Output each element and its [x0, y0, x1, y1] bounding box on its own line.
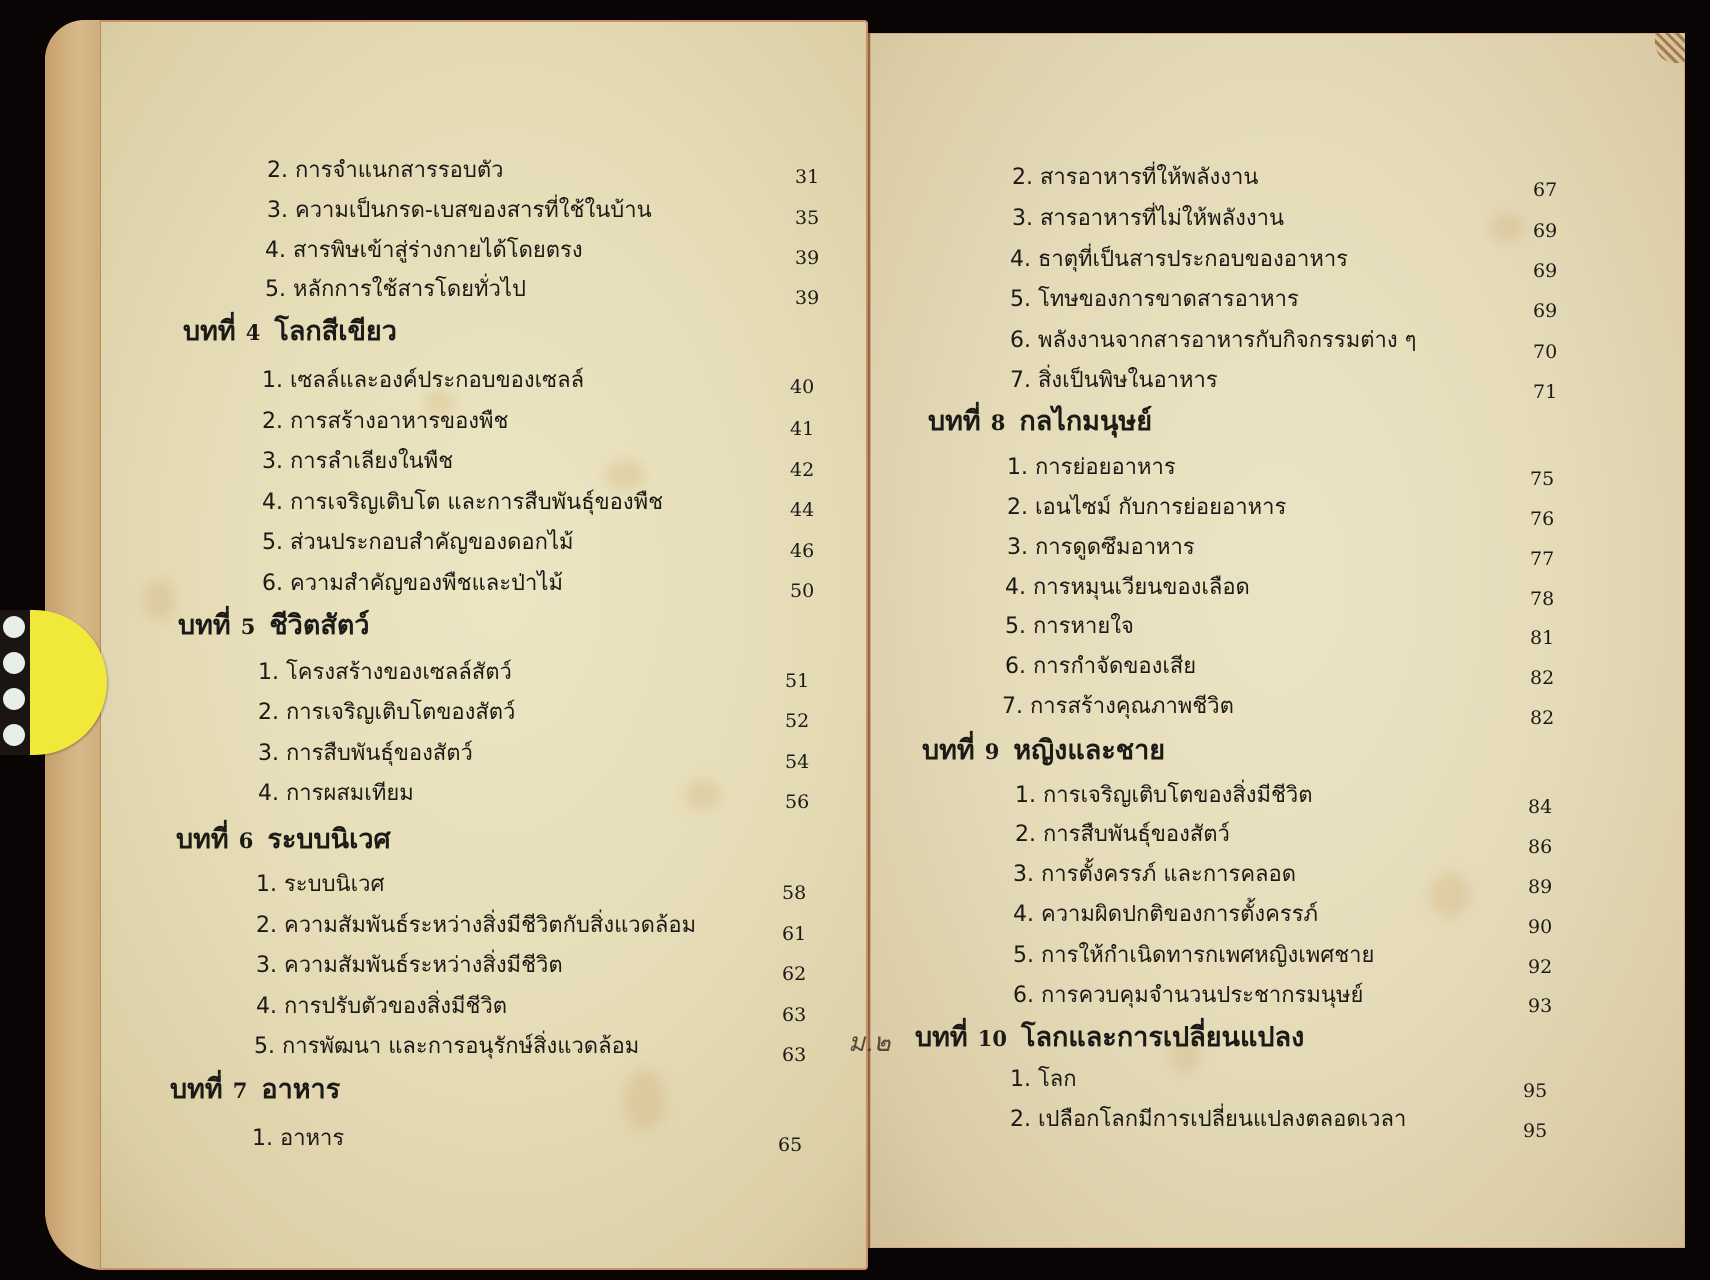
- toc-item: 4. การหมุนเวียนของเลือด: [1005, 577, 1250, 599]
- chapter-number: 7: [233, 1078, 248, 1103]
- toc-item: 3. การสืบพันธุ์ของสัตว์: [258, 743, 473, 765]
- toc-item: 2. การจำแนกสารรอบตัว: [267, 160, 504, 182]
- chapter-number: 6: [239, 828, 254, 853]
- tab-hole-strip: [0, 610, 30, 755]
- toc-item: 3. การลำเลียงในพืช: [262, 451, 453, 473]
- hole-icon: [3, 616, 25, 638]
- paper-stain: [685, 780, 720, 810]
- chapter-number: 10: [978, 1026, 1007, 1051]
- page-number: 90: [1528, 918, 1552, 937]
- page-number: 50: [790, 582, 814, 601]
- page-number: 86: [1528, 838, 1552, 857]
- page-number: 78: [1530, 590, 1554, 609]
- page-number: 42: [790, 461, 814, 480]
- chapter-heading-8: บทที่8กลไกมนุษย์: [928, 408, 1152, 435]
- chapter-prefix: บทที่: [183, 316, 236, 347]
- paper-stain: [1490, 213, 1525, 243]
- toc-item: 3. สารอาหารที่ไม่ให้พลังงาน: [1012, 208, 1284, 230]
- toc-item: 5. หลักการใช้สารโดยทั่วไป: [265, 279, 526, 301]
- page-number: 70: [1533, 343, 1557, 362]
- chapter-prefix: บทที่: [928, 406, 981, 437]
- page-number: 31: [795, 168, 819, 187]
- page-number: 89: [1528, 878, 1552, 897]
- page-number: 77: [1530, 550, 1554, 569]
- toc-item: 5. โทษของการขาดสารอาหาร: [1010, 289, 1299, 311]
- page-number: 67: [1533, 181, 1557, 200]
- toc-item: 1. ระบบนิเวศ: [256, 874, 384, 896]
- chapter-prefix: บทที่: [176, 824, 229, 855]
- toc-item: 4. ธาตุที่เป็นสารประกอบของอาหาร: [1010, 249, 1348, 271]
- toc-item: 3. ความเป็นกรด-เบสของสารที่ใช้ในบ้าน: [267, 200, 652, 222]
- paper-stain: [625, 1070, 665, 1130]
- toc-item: 1. เซลล์และองค์ประกอบของเซลล์: [262, 370, 584, 392]
- toc-item: 5. การให้กำเนิดทารกเพศหญิงเพศชาย: [1013, 945, 1374, 967]
- page-number: 81: [1530, 629, 1554, 648]
- page-number: 95: [1523, 1122, 1547, 1141]
- page-number: 54: [785, 753, 809, 772]
- page-number: 69: [1533, 222, 1557, 241]
- chapter-prefix: บทที่: [170, 1074, 223, 1105]
- page-number: 82: [1530, 709, 1554, 728]
- chapter-title: โลกสีเขียว: [274, 316, 397, 347]
- hole-icon: [3, 688, 25, 710]
- toc-item: 2. การสร้างอาหารของพืช: [262, 411, 508, 433]
- chapter-prefix: บทที่: [922, 735, 975, 766]
- chapter-heading-4: บทที่4โลกสีเขียว: [183, 318, 397, 345]
- toc-item: 4. การผสมเทียม: [258, 783, 414, 805]
- toc-item: 6. ความสำคัญของพืชและป่าไม้: [262, 573, 563, 595]
- page-number: 41: [790, 420, 814, 439]
- page-number: 46: [790, 542, 814, 561]
- toc-item: 6. การควบคุมจำนวนประชากรมนุษย์: [1013, 985, 1363, 1007]
- page-number: 58: [782, 884, 806, 903]
- toc-item: 4. การปรับตัวของสิ่งมีชีวิต: [256, 996, 507, 1018]
- toc-item: 1. การเจริญเติบโตของสิ่งมีชีวิต: [1015, 785, 1313, 807]
- page-number: 92: [1528, 958, 1552, 977]
- toc-item: 3. การดูดซึมอาหาร: [1007, 537, 1195, 559]
- chapter-title: หญิงและชาย: [1013, 735, 1165, 766]
- page-number: 75: [1530, 470, 1554, 489]
- chapter-title: กลไกมนุษย์: [1019, 406, 1152, 437]
- page-number: 51: [785, 672, 809, 691]
- toc-item: 2. เปลือกโลกมีการเปลี่ยนแปลงตลอดเวลา: [1010, 1109, 1406, 1131]
- chapter-title: โลกและการเปลี่ยนแปลง: [1021, 1022, 1304, 1053]
- toc-item: 2. การสืบพันธุ์ของสัตว์: [1015, 824, 1230, 846]
- page-number: 71: [1533, 383, 1557, 402]
- toc-item: 5. การพัฒนา และการอนุรักษ์สิ่งแวดล้อม: [254, 1036, 639, 1058]
- chapter-number: 8: [991, 410, 1006, 435]
- page-number: 56: [785, 793, 809, 812]
- toc-item: 5. การหายใจ: [1005, 616, 1134, 638]
- page-number: 39: [795, 249, 819, 268]
- page-number: 40: [790, 378, 814, 397]
- chapter-prefix: บทที่: [178, 610, 231, 641]
- page-number: 63: [782, 1046, 806, 1065]
- page-number: 62: [782, 965, 806, 984]
- toc-item: 4. ความผิดปกติของการตั้งครรภ์: [1013, 904, 1318, 926]
- chapter-heading-7: บทที่7อาหาร: [170, 1076, 340, 1103]
- chapter-title: ระบบนิเวศ: [267, 824, 390, 855]
- page-number: 93: [1528, 997, 1552, 1016]
- page-number: 65: [778, 1136, 802, 1155]
- chapter-title: ชีวิตสัตว์: [269, 610, 369, 641]
- paper-stain: [1430, 873, 1470, 918]
- dog-ear-corner: [1655, 33, 1685, 63]
- toc-item: 1. โครงสร้างของเซลล์สัตว์: [258, 662, 512, 684]
- handwritten-margin-note: ม.๒: [848, 1022, 891, 1063]
- page-number: 82: [1530, 669, 1554, 688]
- toc-item: 2. เอนไซม์ กับการย่อยอาหาร: [1007, 497, 1286, 519]
- toc-item: 4. สารพิษเข้าสู่ร่างกายได้โดยตรง: [265, 240, 583, 262]
- toc-item: 6. พลังงานจากสารอาหารกับกิจกรรมต่าง ๆ: [1010, 330, 1416, 352]
- toc-item: 3. การตั้งครรภ์ และการคลอด: [1013, 864, 1296, 886]
- page-number: 61: [782, 925, 806, 944]
- toc-item: 1. โลก: [1010, 1069, 1077, 1091]
- page-number: 69: [1533, 302, 1557, 321]
- page-number: 76: [1530, 510, 1554, 529]
- chapter-number: 5: [241, 614, 256, 639]
- chapter-heading-10: บทที่10โลกและการเปลี่ยนแปลง: [915, 1024, 1304, 1051]
- toc-item: 1. การย่อยอาหาร: [1007, 457, 1176, 479]
- chapter-title: อาหาร: [261, 1074, 340, 1105]
- chapter-number: 4: [246, 320, 261, 345]
- toc-item: 6. การกำจัดของเสีย: [1005, 656, 1196, 678]
- chapter-prefix: บทที่: [915, 1022, 968, 1053]
- page-number: 95: [1523, 1082, 1547, 1101]
- paper-stain: [605, 460, 645, 490]
- page-number: 39: [795, 289, 819, 308]
- chapter-number: 9: [985, 739, 1000, 764]
- hole-icon: [3, 724, 25, 746]
- chapter-heading-5: บทที่5ชีวิตสัตว์: [178, 612, 370, 639]
- page-number: 69: [1533, 262, 1557, 281]
- page-number: 44: [790, 501, 814, 520]
- chapter-heading-6: บทที่6ระบบนิเวศ: [176, 826, 391, 853]
- page-number: 63: [782, 1006, 806, 1025]
- toc-item: 7. การสร้างคุณภาพชีวิต: [1002, 696, 1234, 718]
- toc-item: 2. ความสัมพันธ์ระหว่างสิ่งมีชีวิตกับสิ่ง…: [256, 915, 696, 937]
- chapter-heading-9: บทที่9หญิงและชาย: [922, 737, 1165, 764]
- page-number: 84: [1528, 798, 1552, 817]
- toc-item: 4. การเจริญเติบโต และการสืบพันธุ์ของพืช: [262, 492, 663, 514]
- toc-item: 2. สารอาหารที่ให้พลังงาน: [1012, 167, 1258, 189]
- page-number: 35: [795, 209, 819, 228]
- toc-item: 7. สิ่งเป็นพิษในอาหาร: [1010, 370, 1218, 392]
- toc-item: 2. การเจริญเติบโตของสัตว์: [258, 702, 515, 724]
- hole-icon: [3, 652, 25, 674]
- toc-item: 5. ส่วนประกอบสำคัญของดอกไม้: [262, 532, 574, 554]
- paper-stain: [145, 580, 175, 620]
- toc-item: 3. ความสัมพันธ์ระหว่างสิ่งมีชีวิต: [256, 955, 563, 977]
- page-number: 52: [785, 712, 809, 731]
- toc-item: 1. อาหาร: [252, 1128, 344, 1150]
